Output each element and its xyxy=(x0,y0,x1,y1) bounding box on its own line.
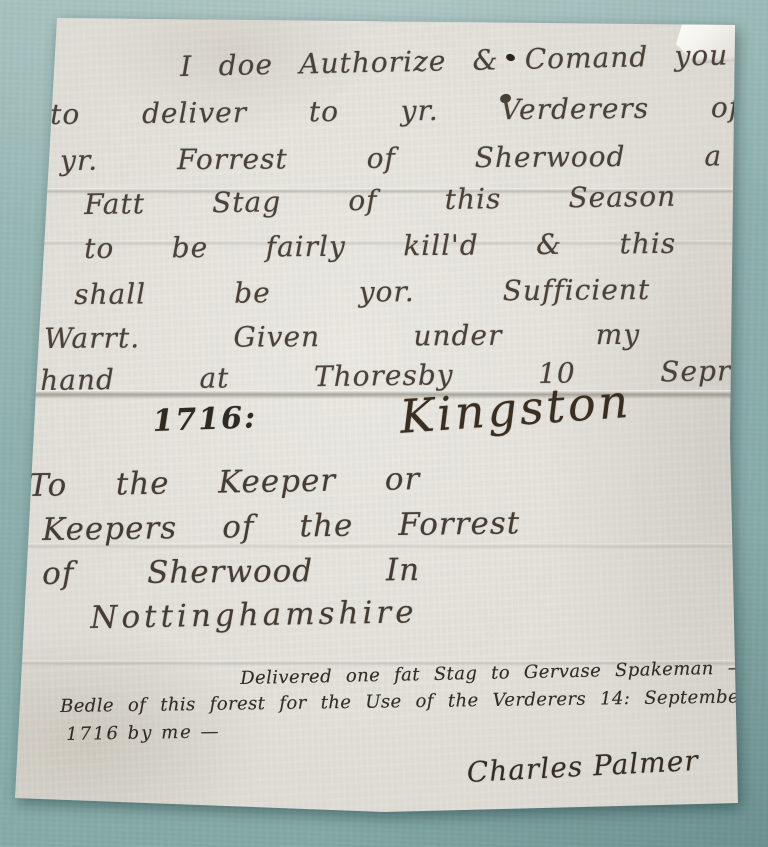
manuscript-sheet-wrapper: I doe Authorize & Comand you to deliver … xyxy=(14,18,742,812)
address-line-3: of Sherwood In xyxy=(42,552,420,592)
address-line-2: Keepers of the Forrest xyxy=(42,505,520,548)
warrant-line-3: yr. Forrest of Sherwood a xyxy=(60,139,722,177)
manuscript-paper: I doe Authorize & Comand you to deliver … xyxy=(14,18,742,812)
warrant-line-5: to be fairly kill'd & this xyxy=(84,227,676,265)
address-line-4: Nottinghamshire xyxy=(90,594,418,636)
delivery-note-line-3: 1716 by me — xyxy=(66,721,221,745)
year-1716: 1716: xyxy=(152,400,258,439)
address-line-1: To the Keeper or xyxy=(28,461,421,504)
warrant-line-7: Warrt. Given under my xyxy=(44,318,640,355)
warrant-line-6: shall be yor. Sufficient xyxy=(74,273,650,311)
